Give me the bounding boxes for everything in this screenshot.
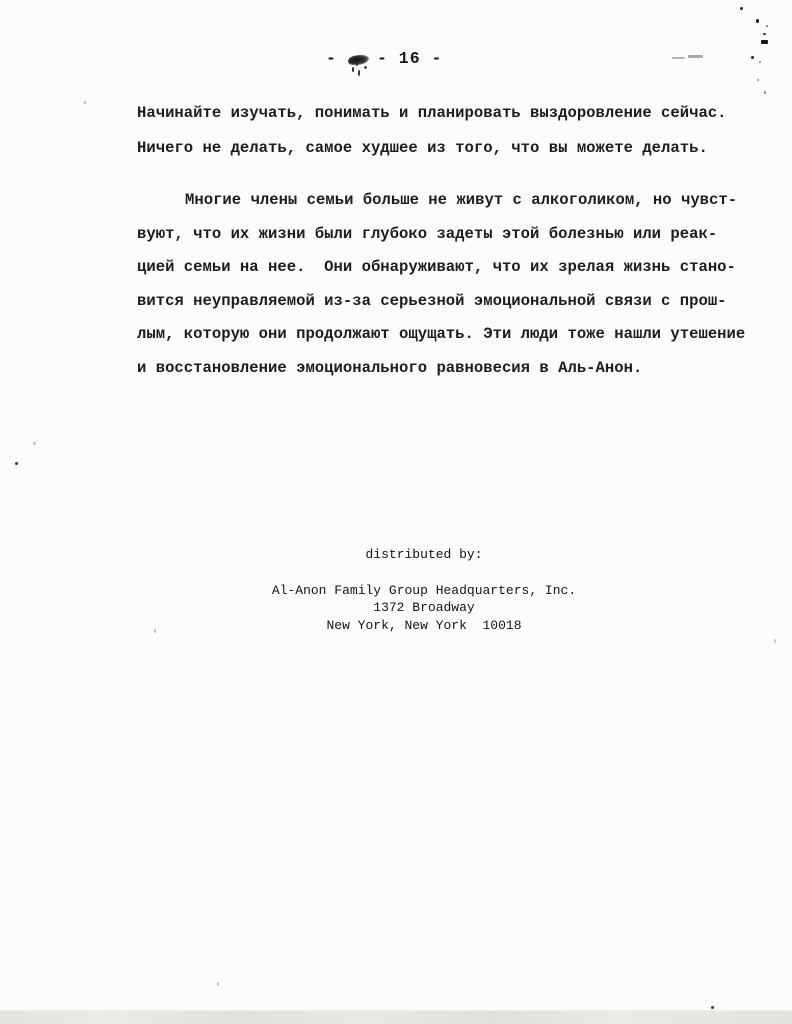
scan-speck [751, 56, 754, 59]
scan-speck [33, 442, 36, 445]
address-street: 1372 Broadway [224, 599, 624, 617]
scan-speck [763, 33, 766, 35]
scan-edge-strip [0, 1010, 792, 1024]
scanned-document-page: - - 16 - Начинайте изучать, понимать и п… [0, 0, 792, 1024]
scan-speck [756, 19, 759, 23]
scan-speck [15, 462, 18, 465]
ink-droplet [358, 70, 360, 76]
paragraph: Многие члены семьи больше не живут с алк… [137, 184, 745, 385]
text-line: лым, которую они продолжают ощущать. Эти… [137, 318, 745, 352]
scan-speck [761, 40, 768, 44]
address-city: New York, New York 10018 [224, 617, 624, 635]
ink-droplet [364, 66, 367, 69]
text-line: Ничего не делать, самое худшее из того, … [137, 131, 727, 166]
scan-speck [217, 982, 219, 986]
ink-droplet [356, 64, 358, 66]
text-line: вуют, что их жизни были глубоко задеты э… [137, 218, 745, 252]
stray-dash: - [326, 49, 336, 68]
scan-speck [740, 7, 743, 10]
dotted-smudge [672, 57, 685, 59]
ink-droplet [352, 67, 354, 72]
scan-speck [759, 61, 761, 63]
page-header: - - 16 - [0, 49, 792, 89]
scan-speck [766, 25, 768, 27]
scan-speck [764, 91, 766, 94]
page-number: - 16 - [377, 49, 442, 68]
scan-speck [154, 629, 156, 633]
text-line: Начинайте изучать, понимать и планироват… [137, 96, 727, 131]
scan-speck [774, 639, 776, 643]
scan-speck [83, 101, 87, 104]
text-line: вится неуправляемой из-за серьезной эмоц… [137, 285, 745, 319]
distributed-by-label: distributed by: [224, 546, 624, 564]
distribution-footer: distributed by: Al-Anon Family Group Hea… [224, 546, 624, 634]
scan-speck [711, 1006, 714, 1009]
organization-name: Al-Anon Family Group Headquarters, Inc. [224, 582, 624, 600]
text-line: цией семьи на нее. Они обнаруживают, что… [137, 251, 745, 285]
paragraph: Начинайте изучать, понимать и планироват… [137, 96, 727, 166]
text-line: Многие члены семьи больше не живут с алк… [137, 184, 745, 218]
text-line: и восстановление эмоционального равновес… [137, 352, 745, 386]
scan-speck [757, 79, 759, 81]
dotted-smudge [688, 55, 703, 58]
